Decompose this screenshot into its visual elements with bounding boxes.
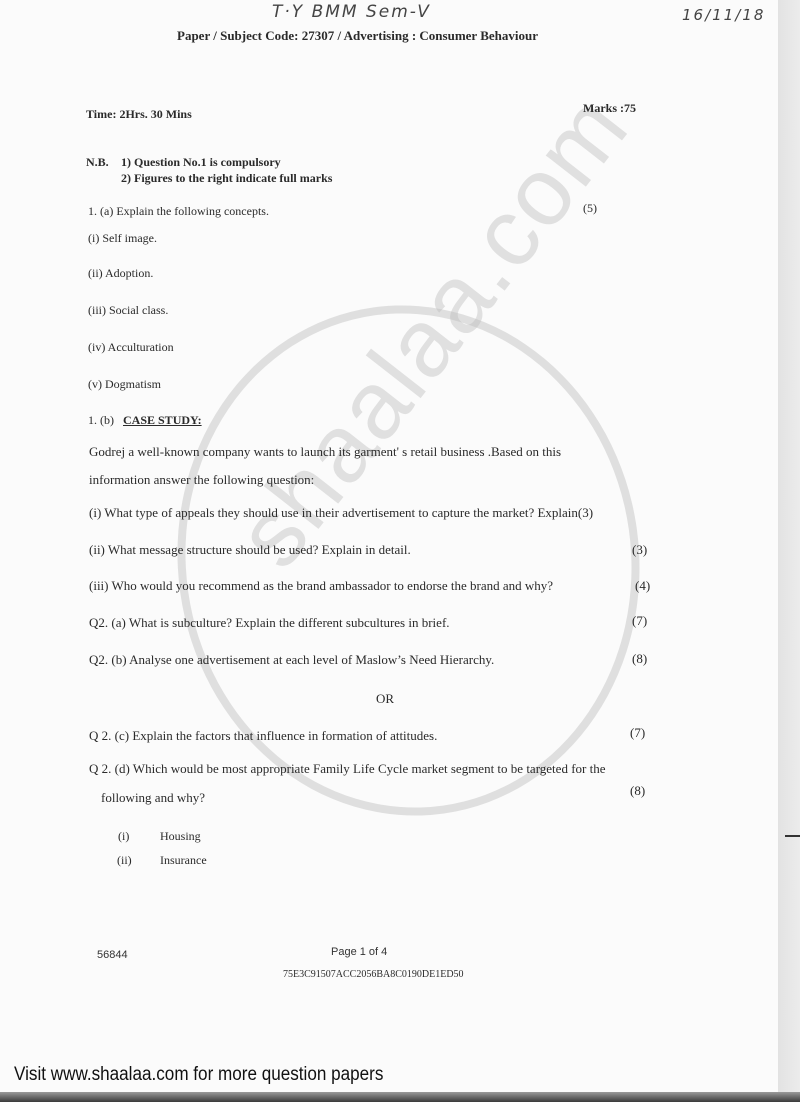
q1b-question: (ii) What message structure should be us… (89, 542, 411, 558)
q2b-text: Q2. (b) Analyse one advertisement at eac… (89, 652, 494, 668)
q1a-marks: (5) (583, 201, 597, 216)
q2d-line-2: following and why? (101, 790, 205, 806)
q2d-item-label: Insurance (160, 853, 207, 868)
q2d-item-number: (ii) (117, 853, 132, 868)
handwritten-date: 16/11/18 (682, 6, 765, 24)
note-1: 1) Question No.1 is compulsory (121, 155, 281, 170)
page-number: Page 1 of 4 (331, 946, 387, 958)
q1a-item: (iv) Acculturation (88, 340, 174, 355)
subject-line: Paper / Subject Code: 27307 / Advertisin… (177, 28, 538, 44)
note-2: 2) Figures to the right indicate full ma… (121, 171, 332, 186)
edge-mark (785, 835, 800, 837)
q2a-marks: (7) (632, 613, 647, 629)
page-edge (778, 0, 800, 1092)
handwritten-course: T·Y BMM Sem-V (272, 2, 431, 22)
q1b-prefix: 1. (b) (88, 413, 114, 428)
q2d-item-number: (i) (118, 829, 129, 844)
document-hash: 75E3C91507ACC2056BA8C0190DE1ED50 (283, 969, 464, 980)
nb-label: N.B. (86, 155, 109, 170)
q2b-marks: (8) (632, 651, 647, 667)
q2d-item-label: Housing (160, 829, 201, 844)
q1b-question-marks: (3) (632, 542, 647, 558)
q1a-item: (v) Dogmatism (88, 377, 161, 392)
q1b-question-marks: (4) (635, 578, 650, 594)
case-paragraph-line-1: Godrej a well-known company wants to lau… (89, 444, 561, 460)
q1a-text: 1. (a) Explain the following concepts. (88, 204, 269, 219)
q1a-item: (ii) Adoption. (88, 266, 153, 281)
bottom-edge (0, 1092, 800, 1102)
q2c-marks: (7) (630, 725, 645, 741)
visit-shaalaa-link[interactable]: Visit www.shaalaa.com for more question … (14, 1064, 383, 1086)
q2c-text: Q 2. (c) Explain the factors that influe… (89, 728, 437, 744)
paper-code: 56844 (97, 949, 128, 961)
exam-time: Time: 2Hrs. 30 Mins (86, 107, 192, 122)
q1b-question: (i) What type of appeals they should use… (89, 505, 593, 521)
or-separator: OR (376, 691, 394, 707)
case-study-heading: CASE STUDY: (123, 413, 202, 428)
q2a-text: Q2. (a) What is subculture? Explain the … (89, 615, 450, 631)
q1a-item: (i) Self image. (88, 231, 157, 246)
total-marks: Marks :75 (583, 101, 636, 116)
q2d-line-1: Q 2. (d) Which would be most appropriate… (89, 761, 605, 777)
q1b-question: (iii) Who would you recommend as the bra… (89, 578, 553, 594)
q1a-item: (iii) Social class. (88, 303, 168, 318)
q2d-marks: (8) (630, 783, 645, 799)
case-paragraph-line-2: information answer the following questio… (89, 472, 314, 488)
